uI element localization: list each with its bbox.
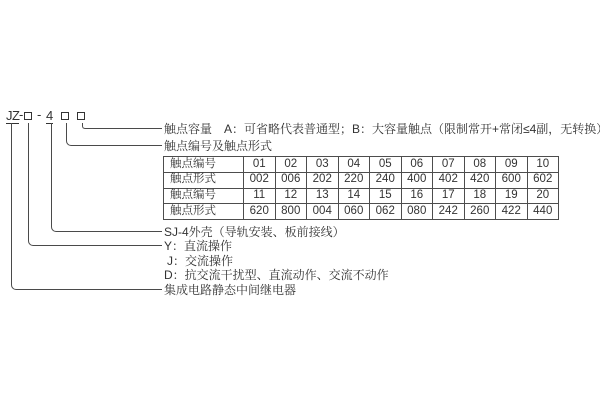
- table-cell: 006: [275, 172, 307, 188]
- table-cell: 420: [464, 172, 496, 188]
- table-cell: 07: [433, 157, 465, 173]
- row-header-cell: 触点形式: [164, 204, 244, 220]
- table-cell: 01: [244, 157, 276, 173]
- table-cell: 220: [338, 172, 370, 188]
- table-cell: 14: [338, 188, 370, 204]
- contact-table-body: 触点编号01020304050607080910触点形式002006202220…: [164, 157, 559, 220]
- placeholder-box-contact-number: [61, 112, 69, 120]
- table-cell: 13: [307, 188, 339, 204]
- table-cell: 620: [244, 204, 276, 220]
- table-cell: 240: [370, 172, 402, 188]
- table-cell: 19: [496, 188, 528, 204]
- model-designation-diagram: JZ - - 4 触点容量 A：可省略代表普通型；B：大容量触点（限制常开+常闭…: [0, 0, 600, 400]
- table-cell: 04: [338, 157, 370, 173]
- table-cell: 10: [527, 157, 559, 173]
- table-cell: 004: [307, 204, 339, 220]
- row-header-cell: 触点编号: [164, 188, 244, 204]
- table-cell: 440: [527, 204, 559, 220]
- label-contact-capacity: 触点容量 A：可省略代表普通型；B：大容量触点（限制常开+常闭≤4副，无转换）: [164, 122, 600, 136]
- table-cell: 400: [401, 172, 433, 188]
- table-cell: 02: [275, 157, 307, 173]
- table-row: 触点编号11121314151617181920: [164, 188, 559, 204]
- table-row: 触点编号01020304050607080910: [164, 157, 559, 173]
- table-cell: 16: [401, 188, 433, 204]
- placeholder-box-operation: [24, 112, 32, 120]
- model-code-frame-digit: 4: [46, 109, 53, 124]
- table-cell: 402: [433, 172, 465, 188]
- table-cell: 062: [370, 204, 402, 220]
- model-code-prefix: JZ: [6, 109, 19, 124]
- table-cell: 20: [527, 188, 559, 204]
- table-cell: 202: [307, 172, 339, 188]
- table-cell: 11: [244, 188, 276, 204]
- model-code-dash: -: [19, 108, 23, 121]
- table-cell: 05: [370, 157, 402, 173]
- table-cell: 08: [464, 157, 496, 173]
- table-cell: 600: [496, 172, 528, 188]
- table-cell: 09: [496, 157, 528, 173]
- label-y-dc-operation: Y：直流操作: [164, 239, 232, 253]
- table-cell: 602: [527, 172, 559, 188]
- label-case-info: SJ-4外壳（导轨安装、板前接线）: [164, 225, 345, 239]
- table-row: 触点形式002006202220240400402420600602: [164, 172, 559, 188]
- label-d-anti-interference: D：抗交流干扰型、直流动作、交流不动作: [164, 268, 389, 282]
- label-contact-number-form: 触点编号及触点形式: [164, 139, 272, 153]
- label-product-name: 集成电路静态中间继电器: [164, 283, 296, 297]
- row-header-cell: 触点编号: [164, 157, 244, 173]
- table-cell: 002: [244, 172, 276, 188]
- table-cell: 060: [338, 204, 370, 220]
- table-cell: 03: [307, 157, 339, 173]
- table-cell: 12: [275, 188, 307, 204]
- model-code-dash: -: [37, 108, 41, 121]
- table-cell: 242: [433, 204, 465, 220]
- contact-table: 触点编号01020304050607080910触点形式002006202220…: [163, 156, 559, 220]
- table-cell: 080: [401, 204, 433, 220]
- table-cell: 422: [496, 204, 528, 220]
- table-cell: 15: [370, 188, 402, 204]
- table-cell: 800: [275, 204, 307, 220]
- table-cell: 18: [464, 188, 496, 204]
- row-header-cell: 触点形式: [164, 172, 244, 188]
- table-row: 触点形式620800004060062080242260422440: [164, 204, 559, 220]
- table-cell: 17: [433, 188, 465, 204]
- label-j-ac-operation: J：交流操作: [167, 254, 233, 268]
- table-cell: 06: [401, 157, 433, 173]
- placeholder-box-contact-capacity: [77, 112, 85, 120]
- leader-line-contact-capacity: [82, 123, 162, 129]
- table-cell: 260: [464, 204, 496, 220]
